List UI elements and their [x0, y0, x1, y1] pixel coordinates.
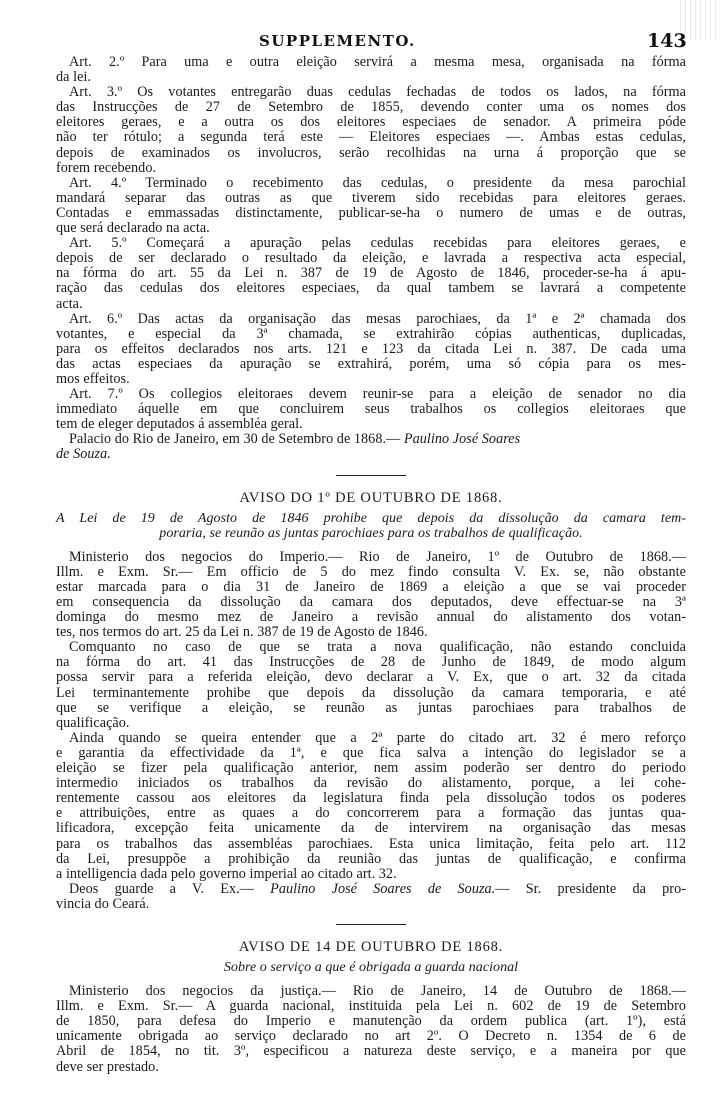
text-line: Art. 3.º Os votantes entregarão duas ced… — [56, 85, 686, 100]
aviso-summary-line: poraria, se reunão as juntas parochiaes … — [56, 526, 686, 541]
text-line: a intelligencia dada pelo governo imperi… — [56, 867, 686, 882]
text-line: e attribuições, entre as quaes a do conc… — [56, 806, 686, 821]
aviso-heading: AVISO DE 14 DE OUTUBRO DE 1868. — [56, 938, 686, 956]
text-line: Comquanto no caso de que se trata a nova… — [56, 640, 686, 655]
text-line: intermedio iniciados os trabalhos da rev… — [56, 776, 686, 791]
text-line: em consequencia da dissolução da camara … — [56, 595, 686, 610]
text-line: que será declarado na acta. — [56, 221, 686, 236]
signature-continued: de Souza. — [56, 447, 686, 462]
aviso-summary-line: Sobre o serviço a que é obrigada a guard… — [56, 960, 686, 975]
text-line: rentemente cassou aos eleitores da legis… — [56, 791, 686, 806]
text-line: estar marcada para o dia 31 de Janeiro d… — [56, 580, 686, 595]
text-line: na fórma do art. 41 das Instrucções de 2… — [56, 655, 686, 670]
closing-line: Palacio do Rio de Janeiro, em 30 de Sete… — [56, 432, 686, 447]
text-line: acta. — [56, 297, 686, 312]
section-divider — [336, 924, 406, 925]
text-line: tes, nos termos do art. 25 da Lei n. 387… — [56, 625, 686, 640]
text-line: Ministerio dos negocios do Imperio.— Rio… — [56, 550, 686, 565]
text-line: Illm. e Exm. Sr.— A guarda nacional, ins… — [56, 999, 686, 1014]
text-line: Abril de 1854, no tit. 3º, especificou a… — [56, 1044, 686, 1059]
aviso-summary-line: A Lei de 19 de Agosto de 1846 prohibe qu… — [56, 511, 686, 526]
text-line: ração das cedulas dos eleitores especiae… — [56, 281, 686, 296]
text-line: Lei terminantemente prohibe que depois d… — [56, 686, 686, 701]
text-line: Art. 7.º Os collegios eleitoraes devem r… — [56, 387, 686, 402]
text-line: não ter rótulo; a segunda terá este — El… — [56, 130, 686, 145]
text-line: Contadas e emmassadas distinctamente, pu… — [56, 206, 686, 221]
text-line: deve ser prestado. — [56, 1060, 686, 1075]
aviso-body: Ministerio dos negocios da justiça.— Rio… — [56, 984, 686, 1075]
text-line: dominga do mesmo mez de Janeiro a revisã… — [56, 610, 686, 625]
text-line: que se verifique a eleição, se reunão as… — [56, 701, 686, 716]
closing-line: Deos guarde a V. Ex.— Paulino José Soare… — [56, 882, 686, 897]
page-header: SUPPLEMENTO. 143 — [0, 30, 725, 52]
greeting: Deos guarde a V. Ex.— — [69, 881, 270, 897]
text-line: tem de eleger deputados á assembléa gera… — [56, 417, 686, 432]
running-title: SUPPLEMENTO. — [259, 32, 416, 50]
text-line: Ministerio dos negocios da justiça.— Rio… — [56, 984, 686, 999]
text-line: Art. 2.º Para uma e outra eleição servir… — [56, 55, 686, 70]
text-line: lificadora, excepção feita unicamente da… — [56, 821, 686, 836]
text-line: mos effeitos. — [56, 372, 686, 387]
text-line: da lei. — [56, 70, 686, 85]
text-line: possa servir para a referida eleição, de… — [56, 670, 686, 685]
text-line: Ainda quando se queira entender que a 2ª… — [56, 731, 686, 746]
text-line: das Instrucções de 27 de Setembro de 185… — [56, 100, 686, 115]
text-line: immediato áquelle em que concluirem seus… — [56, 402, 686, 417]
page-number: 143 — [647, 30, 687, 52]
document-page: SUPPLEMENTO. 143 Art. 2.º Para uma e out… — [0, 0, 725, 1103]
text-line: de 1850, para defesa do Imperio e manute… — [56, 1014, 686, 1029]
recipient-continued: vincia do Ceará. — [56, 897, 686, 912]
signature: Paulino José Soares — [404, 431, 520, 447]
recipient: — Sr. presidente da pro- — [495, 881, 686, 897]
text-line: forem recebendo. — [56, 161, 686, 176]
aviso-heading: AVISO DO 1º DE OUTUBRO DE 1868. — [56, 489, 686, 507]
text-line: depois de examinados os involucros, serã… — [56, 146, 686, 161]
text-line: Illm. e Exm. Sr.— Em officio de 5 do mez… — [56, 565, 686, 580]
text-line: para os trabalhos das assembléas parochi… — [56, 837, 686, 852]
place-date: Palacio do Rio de Janeiro, em 30 de Sete… — [69, 431, 404, 447]
text-line: das actas especiaes da apuração se extra… — [56, 357, 686, 372]
text-line: para os effeitos declarados nos arts. 12… — [56, 342, 686, 357]
text-line: e garantia da effectividade da 1ª, e que… — [56, 746, 686, 761]
text-line: Art. 6.º Das actas da organisação das me… — [56, 312, 686, 327]
text-line: na fórma do art. 55 da Lei n. 387 de 19 … — [56, 266, 686, 281]
text-line: depois de ser declarado o resultado da e… — [56, 251, 686, 266]
signature: Paulino José Soares de Souza. — [270, 881, 495, 897]
text-line: Art. 4.º Terminado o recebimento das ced… — [56, 176, 686, 191]
text-line: Art. 5.º Começará a apuração pelas cedul… — [56, 236, 686, 251]
text-line: mandará separar das outras as que tivere… — [56, 191, 686, 206]
text-line: eleitores geraes, e a outra os dos eleit… — [56, 115, 686, 130]
text-line: da Lei, presuppõe a prohibição da reuniã… — [56, 852, 686, 867]
text-line: votantes, e especial da 3ª chamada, se e… — [56, 327, 686, 342]
text-line: eleição se fizer pela qualificação anter… — [56, 761, 686, 776]
aviso-body: Ministerio dos negocios do Imperio.— Rio… — [56, 550, 686, 882]
decree-articles: Art. 2.º Para uma e outra eleição servir… — [56, 55, 686, 432]
text-line: unicamente obrigada ao serviço declarado… — [56, 1029, 686, 1044]
text-line: qualificação. — [56, 716, 686, 731]
section-divider — [336, 475, 406, 476]
body-text: Art. 2.º Para uma e outra eleição servir… — [56, 55, 686, 1075]
